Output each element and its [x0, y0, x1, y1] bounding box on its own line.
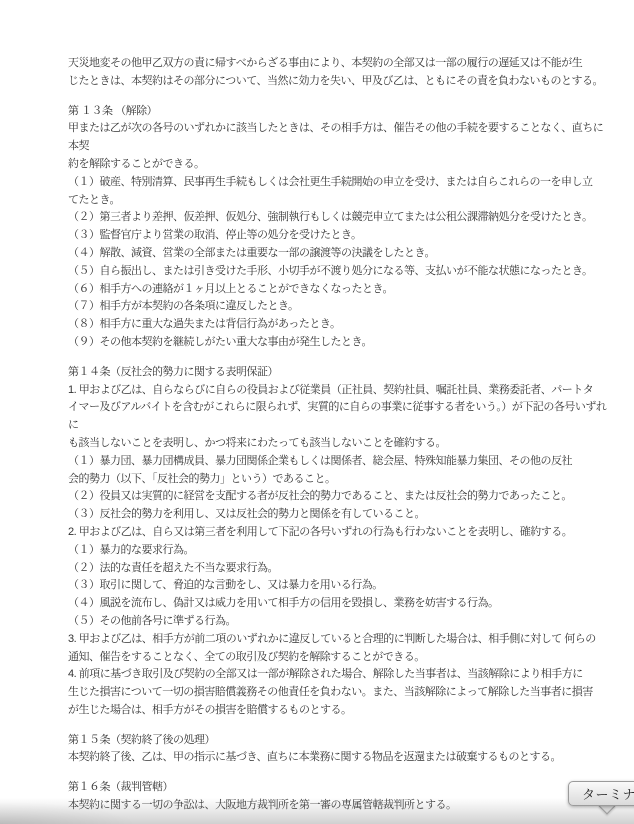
- contract-document-page[interactable]: 天災地変その他甲乙双方の責に帰すべからざる事由により、本契約の全部又は一部の履行…: [68, 55, 608, 815]
- dock-tooltip: ターミナ: [568, 781, 634, 806]
- article-15-post-contract: 第１５条（契約終了後の処理） 本契約終了後、乙は、甲の指示に基づき、直ちに本業務…: [68, 732, 608, 768]
- article-15-text: 本契約終了後、乙は、甲の指示に基づき、直ちに本業務に関する物品を返還または破棄す…: [68, 749, 608, 767]
- article-14-heading: 第１４条（反社会的勢力に関する表明保証）: [68, 364, 608, 382]
- article-15-heading: 第１５条（契約終了後の処理）: [68, 732, 608, 750]
- force-majeure-paragraph: 天災地変その他甲乙双方の責に帰すべからざる事由により、本契約の全部又は一部の履行…: [68, 55, 608, 91]
- paragraph-text: 天災地変その他甲乙双方の責に帰すべからざる事由により、本契約の全部又は一部の履行…: [68, 55, 608, 91]
- article-13-text: 甲または乙が次の各号のいずれかに該当したときは、その相手方は、催告その他の手続を…: [68, 120, 608, 351]
- article-16-heading: 第１６条（裁判管轄）: [68, 779, 608, 797]
- article-14-antisocial-forces: 第１４条（反社会的勢力に関する表明保証） 1. 甲および乙は、自らならびに自らの…: [68, 364, 608, 720]
- window-bottom-edge-fade: [0, 798, 634, 824]
- article-13-heading: 第 １３条 （解除）: [68, 103, 608, 121]
- article-14-text: 1. 甲および乙は、自らならびに自らの役員および従業員（正社員、契約社員、嘱託社…: [68, 382, 608, 720]
- article-13-termination: 第 １３条 （解除） 甲または乙が次の各号のいずれかに該当したときは、その相手方…: [68, 103, 608, 352]
- screen: 天災地変その他甲乙双方の責に帰すべからざる事由により、本契約の全部又は一部の履行…: [0, 0, 634, 824]
- dock-tooltip-label: ターミナ: [582, 784, 634, 803]
